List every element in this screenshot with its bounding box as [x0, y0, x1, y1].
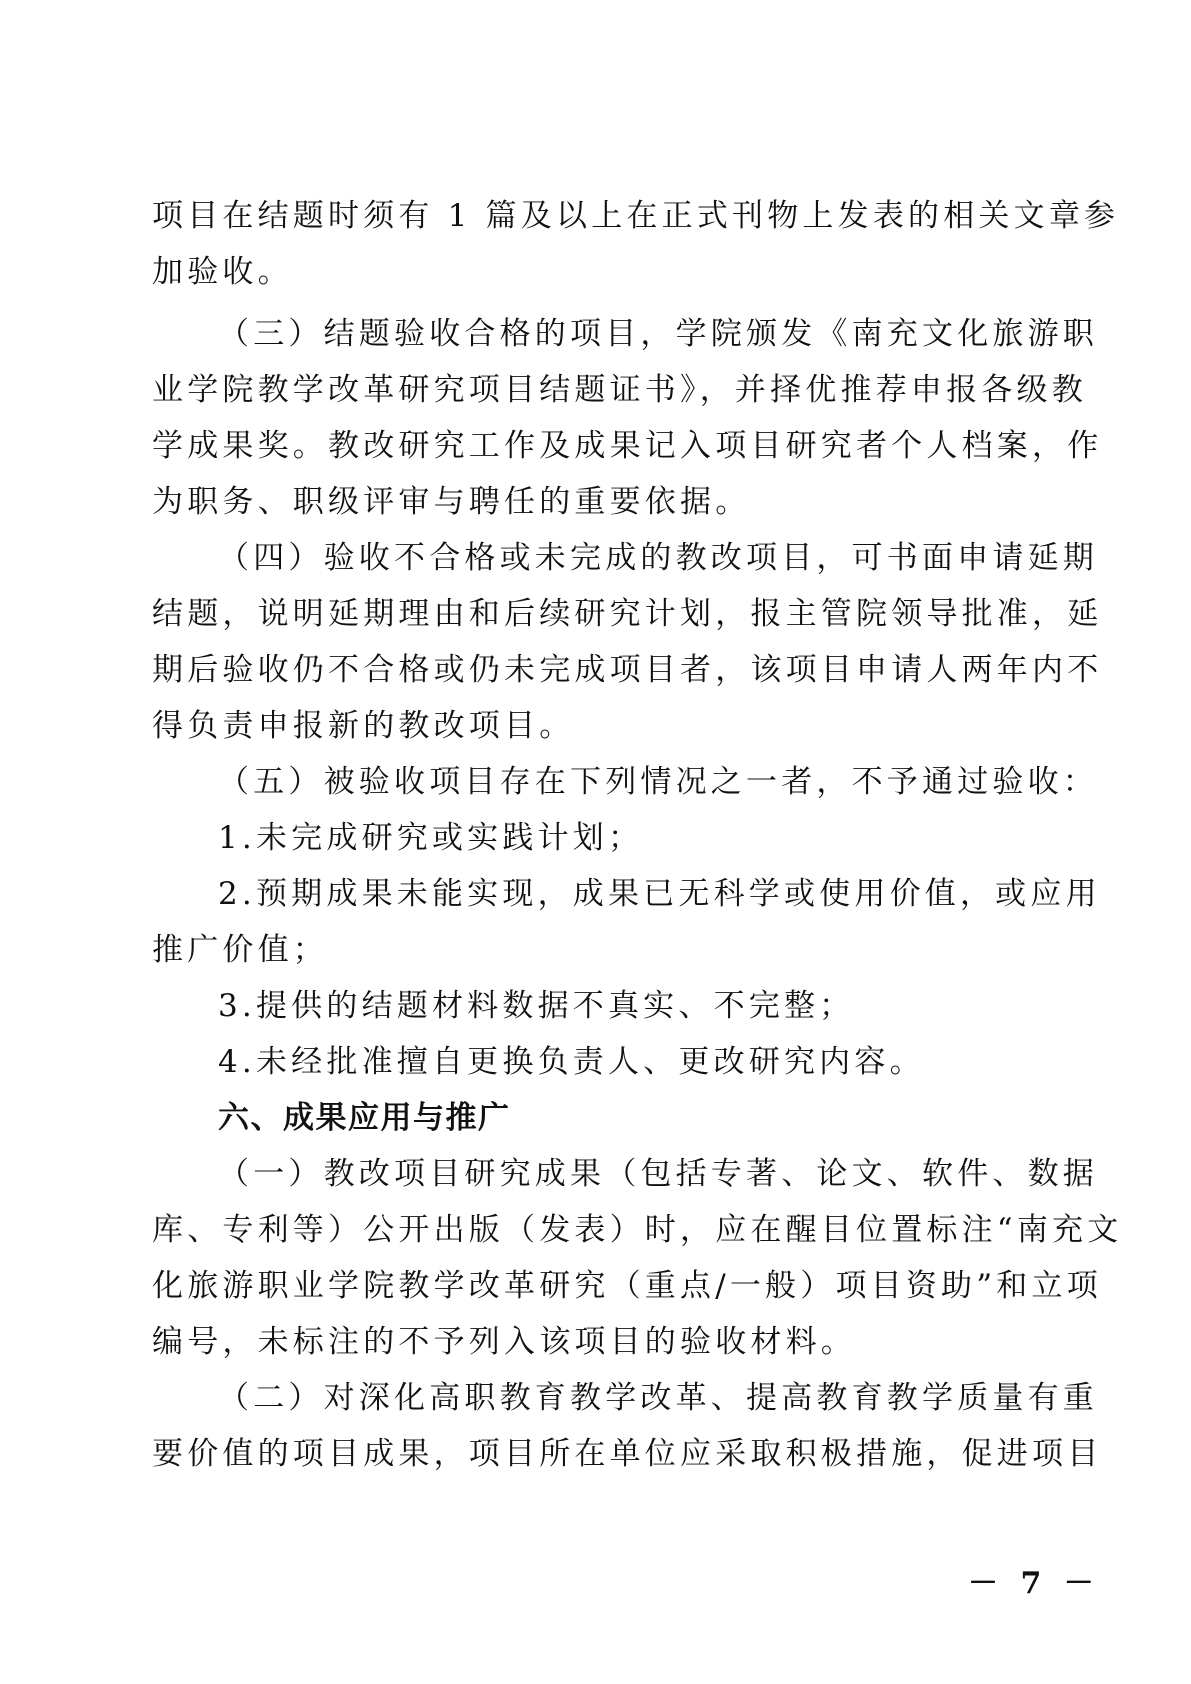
- paragraph-line: （四）验收不合格或未完成的教改项目，可书面申请延期: [218, 538, 1098, 578]
- page-number: － 7 －: [968, 1558, 1100, 1602]
- paragraph-line: 要价值的项目成果，项目所在单位应采取积极措施，促进项目: [152, 1434, 1032, 1474]
- list-item: 2.预期成果未能实现，成果已无科学或使用价值，或应用: [218, 874, 1098, 914]
- paragraph-line: （一）教改项目研究成果（包括专著、论文、软件、数据: [218, 1154, 1098, 1194]
- section-heading: 六、成果应用与推广: [218, 1098, 1098, 1138]
- paragraph-line: 库、专利等）公开出版（发表）时，应在醒目位置标注“南充文: [152, 1210, 1032, 1250]
- list-item: 4.未经批准擅自更换负责人、更改研究内容。: [218, 1042, 1098, 1082]
- paragraph-line: 业学院教学改革研究项目结题证书》，并择优推荐申报各级教: [152, 370, 1032, 410]
- list-item: 1.未完成研究或实践计划；: [218, 818, 1098, 858]
- paragraph-line: （五）被验收项目存在下列情况之一者，不予通过验收：: [218, 762, 1098, 802]
- paragraph-line: 学成果奖。教改研究工作及成果记入项目研究者个人档案，作: [152, 426, 1032, 466]
- paragraph-line: 得负责申报新的教改项目。: [152, 706, 1032, 746]
- list-item: 3.提供的结题材料数据不真实、不完整；: [218, 986, 1098, 1026]
- document-page: 项目在结题时须有 1 篇及以上在正式刊物上发表的相关文章参 加验收。 （三）结题…: [0, 0, 1191, 1684]
- paragraph-line: 化旅游职业学院教学改革研究（重点/一般）项目资助”和立项: [152, 1266, 1032, 1306]
- paragraph-line: 加验收。: [152, 252, 1032, 292]
- paragraph-line: 项目在结题时须有 1 篇及以上在正式刊物上发表的相关文章参: [152, 196, 1032, 236]
- paragraph-line: （二）对深化高职教育教学改革、提高教育教学质量有重: [218, 1378, 1098, 1418]
- paragraph-line: （三）结题验收合格的项目，学院颁发《南充文化旅游职: [218, 314, 1098, 354]
- paragraph-line: 结题，说明延期理由和后续研究计划，报主管院领导批准，延: [152, 594, 1032, 634]
- paragraph-line: 编号，未标注的不予列入该项目的验收材料。: [152, 1322, 1032, 1362]
- paragraph-line: 为职务、职级评审与聘任的重要依据。: [152, 482, 1032, 522]
- list-item-continuation: 推广价值；: [152, 930, 1032, 970]
- paragraph-line: 期后验收仍不合格或仍未完成项目者，该项目申请人两年内不: [152, 650, 1032, 690]
